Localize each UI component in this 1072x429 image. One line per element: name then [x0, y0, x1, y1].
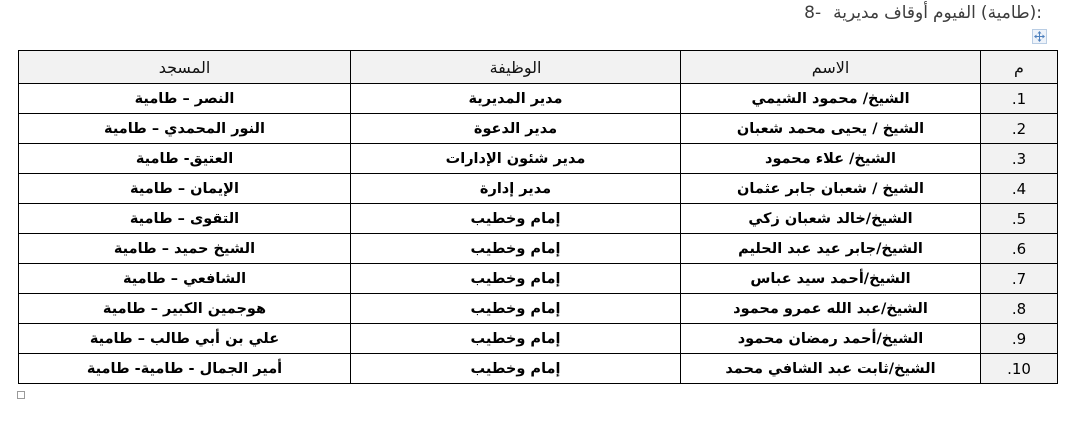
title-word-4: (طامية): [981, 3, 1042, 23]
header-name: الاسم [681, 51, 981, 84]
name-cell: الشيخ/ثابت عبد الشافي محمد [681, 354, 981, 384]
job-cell: إمام وخطيب [351, 204, 681, 234]
table-row: .7الشيخ/أحمد سيد عباسإمام وخطيبالشافعي –… [19, 264, 1058, 294]
job-cell: مدير شئون الإدارات [351, 144, 681, 174]
header-mosque: المسجد [19, 51, 351, 84]
table-row: .2الشيخ / يحيى محمد شعبانمدير الدعوةالنو… [19, 114, 1058, 144]
awqaf-staff-table: م الاسم الوظيفة المسجد .1الشيخ/ محمود ال… [18, 50, 1058, 384]
table-row: .8الشيخ/عبد الله عمرو محمودإمام وخطيبهوج… [19, 294, 1058, 324]
table-row: .6الشيخ/جابر عيد عبد الحليمإمام وخطيبالش… [19, 234, 1058, 264]
job-cell: إمام وخطيب [351, 354, 681, 384]
job-cell: مدير إدارة [351, 174, 681, 204]
row-number-cell: .3 [981, 144, 1058, 174]
mosque-cell: التقوى – طامية [19, 204, 351, 234]
mosque-cell: علي بن أبي طالب – طامية [19, 324, 351, 354]
row-number-cell: .4 [981, 174, 1058, 204]
name-cell: الشيخ/عبد الله عمرو محمود [681, 294, 981, 324]
mosque-cell: الإيمان – طامية [19, 174, 351, 204]
table-move-handle-icon[interactable] [1032, 29, 1047, 44]
row-number-cell: .9 [981, 324, 1058, 354]
mosque-cell: النور المحمدي – طامية [19, 114, 351, 144]
mosque-cell: أمير الجمال - طامية- طامية [19, 354, 351, 384]
row-number-cell: .2 [981, 114, 1058, 144]
title-number: 8- [804, 3, 821, 23]
name-cell: الشيخ / شعبان جابر عثمان [681, 174, 981, 204]
mosque-cell: الشافعي – طامية [19, 264, 351, 294]
name-cell: الشيخ/خالد شعبان زكي [681, 204, 981, 234]
name-cell: الشيخ/جابر عيد عبد الحليم [681, 234, 981, 264]
table-row: .4الشيخ / شعبان جابر عثمانمدير إدارةالإي… [19, 174, 1058, 204]
row-number-cell: .6 [981, 234, 1058, 264]
table-header-row: م الاسم الوظيفة المسجد [19, 51, 1058, 84]
header-number: م [981, 51, 1058, 84]
title-word-2: أوقاف [884, 3, 928, 23]
job-cell: إمام وخطيب [351, 264, 681, 294]
name-cell: الشيخ/أحمد سيد عباس [681, 264, 981, 294]
row-number-cell: .10 [981, 354, 1058, 384]
name-cell: الشيخ/ محمود الشيمي [681, 84, 981, 114]
row-number-cell: .8 [981, 294, 1058, 324]
page-title: 8- مديرية أوقاف الفيوم (طامية): [804, 3, 1042, 23]
mosque-cell: النصر – طامية [19, 84, 351, 114]
name-cell: الشيخ/ علاء محمود [681, 144, 981, 174]
title-word-3: الفيوم [933, 3, 976, 23]
table-row: .5الشيخ/خالد شعبان زكيإمام وخطيبالتقوى –… [19, 204, 1058, 234]
table-row: .9الشيخ/أحمد رمضان محمودإمام وخطيبعلي بن… [19, 324, 1058, 354]
table-resize-handle-icon[interactable] [17, 391, 25, 399]
row-number-cell: .1 [981, 84, 1058, 114]
title-word-1: مديرية [833, 3, 879, 23]
job-cell: إمام وخطيب [351, 294, 681, 324]
mosque-cell: هوجمين الكبير – طامية [19, 294, 351, 324]
table-row: .3الشيخ/ علاء محمودمدير شئون الإداراتالع… [19, 144, 1058, 174]
name-cell: الشيخ/أحمد رمضان محمود [681, 324, 981, 354]
document-page: 8- مديرية أوقاف الفيوم (طامية): [0, 0, 1072, 429]
job-cell: إمام وخطيب [351, 324, 681, 354]
job-cell: مدير المديرية [351, 84, 681, 114]
job-cell: مدير الدعوة [351, 114, 681, 144]
mosque-cell: الشيخ حميد – طامية [19, 234, 351, 264]
table-row: .10الشيخ/ثابت عبد الشافي محمدإمام وخطيبأ… [19, 354, 1058, 384]
table-row: .1الشيخ/ محمود الشيميمدير المديريةالنصر … [19, 84, 1058, 114]
four-way-arrow-icon [1034, 31, 1045, 42]
row-number-cell: .5 [981, 204, 1058, 234]
name-cell: الشيخ / يحيى محمد شعبان [681, 114, 981, 144]
mosque-cell: العتيق- طامية [19, 144, 351, 174]
header-job: الوظيفة [351, 51, 681, 84]
row-number-cell: .7 [981, 264, 1058, 294]
job-cell: إمام وخطيب [351, 234, 681, 264]
